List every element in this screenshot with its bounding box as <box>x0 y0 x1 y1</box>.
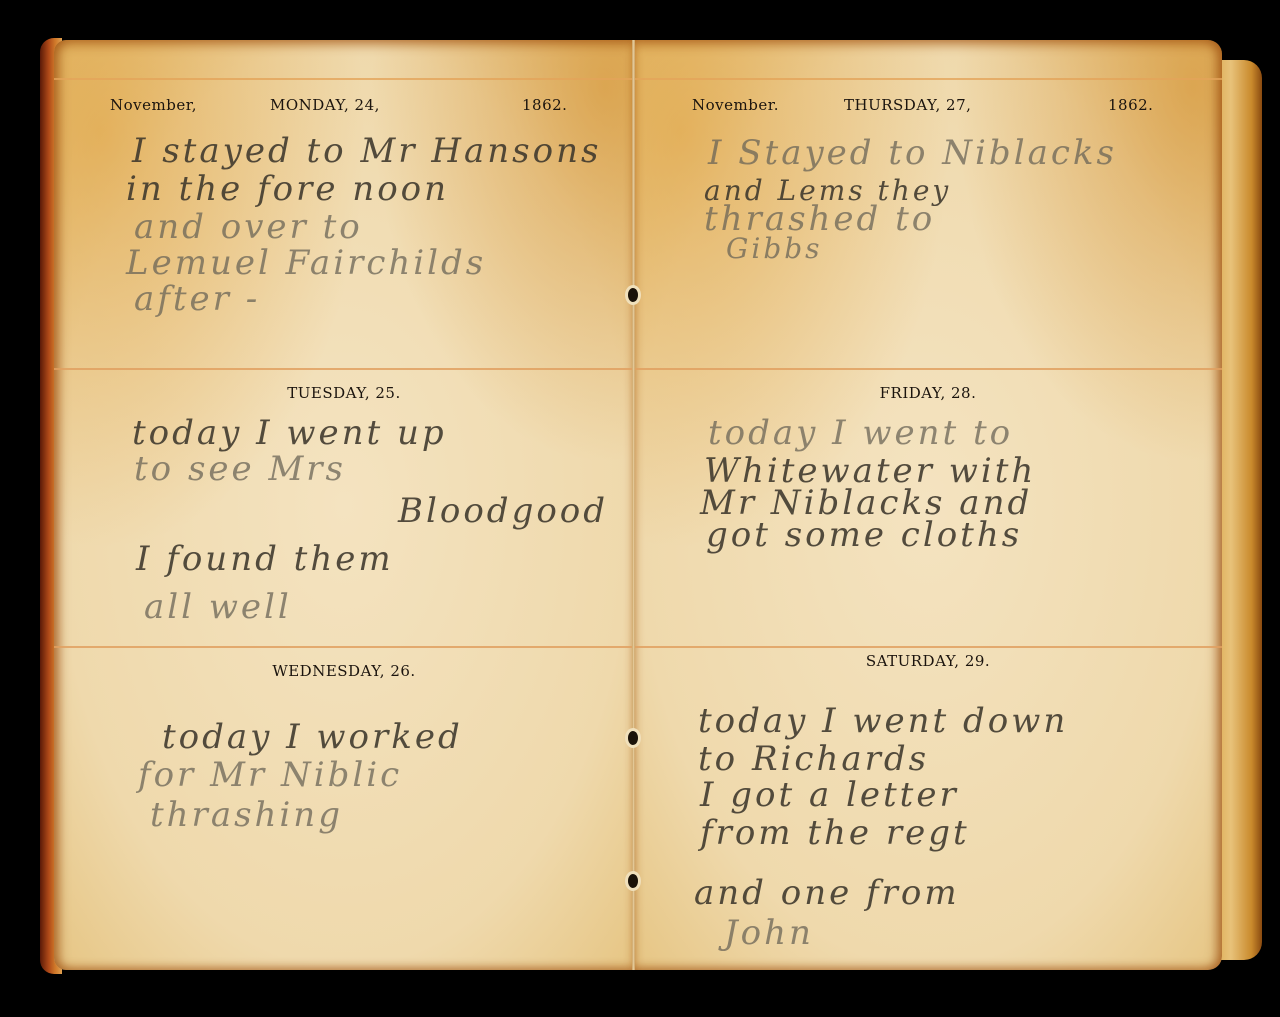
day-title: FRIDAY, 28. <box>634 384 1222 402</box>
handwriting-line: today I worked <box>162 718 463 756</box>
handwriting-line: and one from <box>694 874 960 912</box>
handwriting-line: today I went to <box>708 414 1013 452</box>
top-rule <box>54 78 634 80</box>
handwriting-line: I found them <box>136 540 394 578</box>
page-header: November. THURSDAY, 27, 1862. <box>634 96 1222 116</box>
handwriting-line: John <box>724 914 814 952</box>
binding-stitch-hole <box>628 731 638 745</box>
handwriting-line: Lemuel Fairchilds <box>126 244 486 282</box>
header-day: MONDAY, 24, <box>270 96 380 114</box>
book-gutter <box>632 40 635 970</box>
handwriting-line: today I went down <box>698 702 1068 740</box>
handwriting-line: Gibbs <box>726 230 823 268</box>
header-month: November, <box>110 96 197 114</box>
handwriting-line: got some cloths <box>706 516 1022 554</box>
day-title: TUESDAY, 25. <box>54 384 634 402</box>
handwriting-line: thrashing <box>150 796 343 834</box>
handwriting-line: today I went up <box>132 414 447 452</box>
section-divider <box>54 646 634 648</box>
header-year: 1862. <box>1108 96 1153 114</box>
binding-stitch-hole <box>628 874 638 888</box>
handwriting-line: all well <box>144 588 292 626</box>
handwriting-line: from the regt <box>700 814 970 852</box>
handwriting-line: Bloodgood <box>398 492 608 530</box>
handwriting-line: I Stayed to Niblacks <box>708 134 1117 172</box>
handwriting-line: and over to <box>134 208 363 246</box>
handwriting-line: to Richards <box>698 740 929 778</box>
header-month: November. <box>692 96 779 114</box>
day-title: SATURDAY, 29. <box>634 652 1222 670</box>
handwriting-line: to see Mrs <box>134 450 346 488</box>
day-title: WEDNESDAY, 26. <box>54 662 634 680</box>
handwriting-line: I got a letter <box>700 776 959 814</box>
header-year: 1862. <box>522 96 567 114</box>
page-header: November, MONDAY, 24, 1862. <box>54 96 634 116</box>
section-divider <box>634 646 1222 648</box>
binding-stitch-hole <box>628 288 638 302</box>
handwriting-line: I stayed to Mr Hansons <box>132 132 601 170</box>
section-divider <box>54 368 634 370</box>
open-diary: November, MONDAY, 24, 1862. I stayed to … <box>40 38 1240 976</box>
section-divider <box>634 368 1222 370</box>
handwriting-line: in the fore noon <box>126 170 449 208</box>
handwriting-line: for Mr Niblic <box>138 756 402 794</box>
right-page: November. THURSDAY, 27, 1862. I Stayed t… <box>634 40 1222 970</box>
handwriting-line: after - <box>134 280 260 318</box>
header-day: THURSDAY, 27, <box>844 96 971 114</box>
top-rule <box>634 78 1222 80</box>
left-page: November, MONDAY, 24, 1862. I stayed to … <box>54 40 634 970</box>
